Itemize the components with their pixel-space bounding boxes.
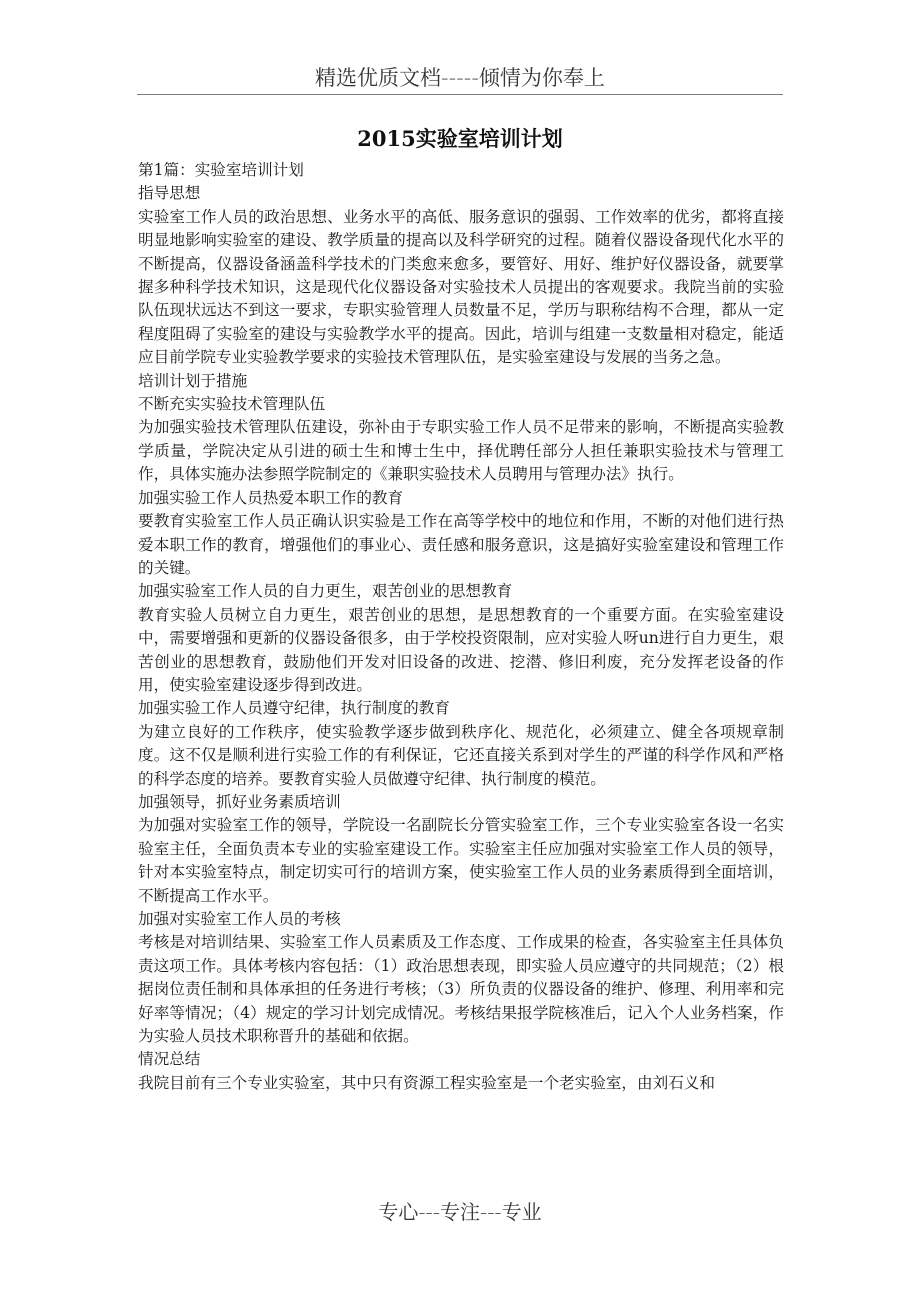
body-paragraph: 为加强实验技术管理队伍建设，弥补由于专职实验工作人员不足带来的影响，不断提高实验… bbox=[138, 416, 784, 486]
section-heading: 加强实验工作人员遵守纪律，执行制度的教育 bbox=[138, 697, 784, 720]
document-body: 第1篇：实验室培训计划 指导思想 实验室工作人员的政治思想、业务水平的高低、服务… bbox=[138, 159, 784, 1095]
document-title: 2015实验室培训计划 bbox=[0, 123, 920, 153]
section-heading: 加强领导，抓好业务素质培训 bbox=[138, 791, 784, 814]
body-paragraph: 为建立良好的工作秩序，使实验教学逐步做到秩序化、规范化，必须建立、健全各项规章制… bbox=[138, 721, 784, 791]
section-heading: 第1篇：实验室培训计划 bbox=[138, 159, 784, 182]
section-heading: 加强实验工作人员热爱本职工作的教育 bbox=[138, 487, 784, 510]
document-page: 精选优质文档-----倾情为你奉上 2015实验室培训计划 第1篇：实验室培训计… bbox=[0, 0, 920, 1302]
page-footer: 专心---专注---专业 bbox=[0, 1196, 920, 1225]
section-heading: 指导思想 bbox=[138, 182, 784, 205]
section-heading: 不断充实实验技术管理队伍 bbox=[138, 393, 784, 416]
header-divider bbox=[137, 94, 783, 95]
body-paragraph: 实验室工作人员的政治思想、业务水平的高低、服务意识的强弱、工作效率的优劣，都将直… bbox=[138, 206, 784, 370]
section-heading: 培训计划于措施 bbox=[138, 370, 784, 393]
body-paragraph: 教育实验人员树立自力更生，艰苦创业的思想，是思想教育的一个重要方面。在实验室建设… bbox=[138, 604, 784, 698]
section-heading: 情况总结 bbox=[138, 1048, 784, 1071]
body-paragraph: 我院目前有三个专业实验室，其中只有资源工程实验室是一个老实验室，由刘石义和 bbox=[138, 1072, 784, 1095]
body-paragraph: 为加强对实验室工作的领导，学院设一名副院长分管实验室工作，三个专业实验室各设一名… bbox=[138, 814, 784, 908]
section-heading: 加强对实验室工作人员的考核 bbox=[138, 908, 784, 931]
page-header: 精选优质文档-----倾情为你奉上 bbox=[0, 62, 920, 92]
section-heading: 加强实验室工作人员的自力更生，艰苦创业的思想教育 bbox=[138, 580, 784, 603]
body-paragraph: 考核是对培训结果、实验室工作人员素质及工作态度、工作成果的检查，各实验室主任具体… bbox=[138, 931, 784, 1048]
body-paragraph: 要教育实验室工作人员正确认识实验是工作在高等学校中的地位和作用，不断的对他们进行… bbox=[138, 510, 784, 580]
